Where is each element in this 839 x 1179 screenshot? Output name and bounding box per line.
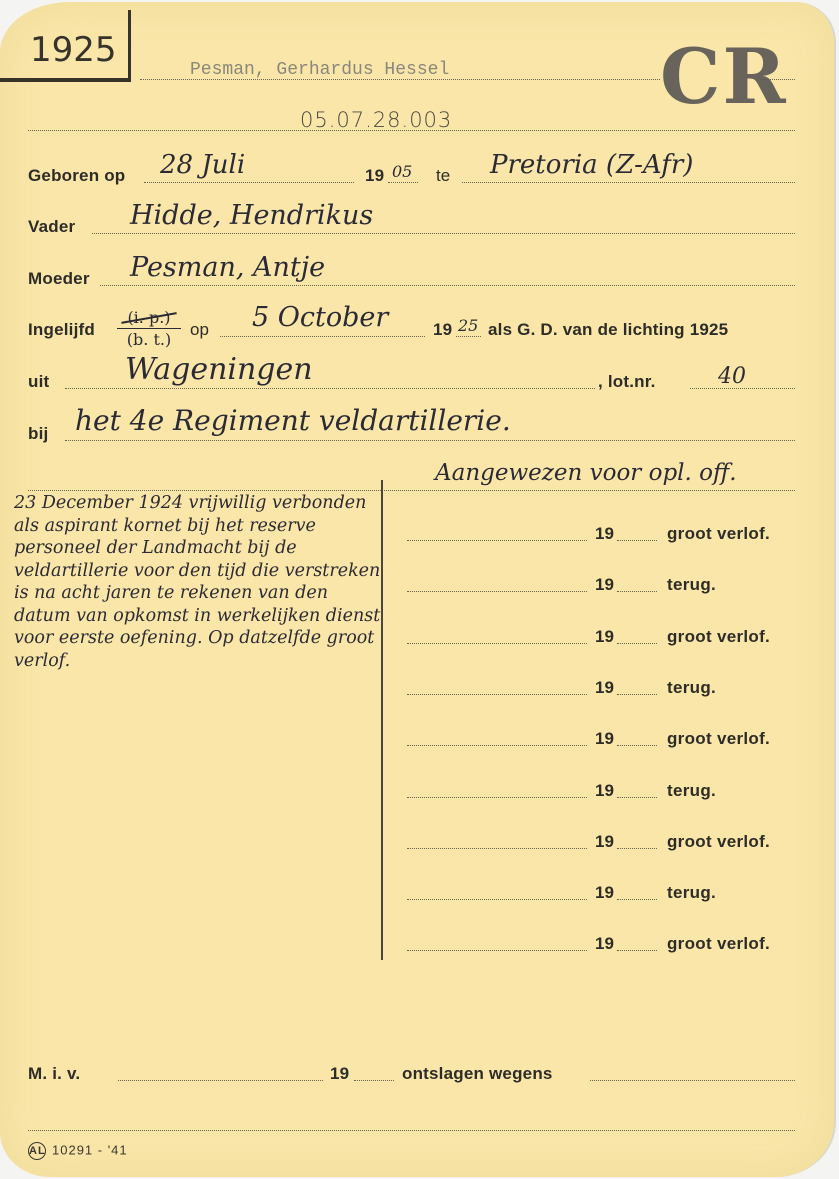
leave-year-line — [617, 848, 657, 849]
form-code: 10291 - '41 — [52, 1142, 128, 1157]
enlisted-year-line — [456, 336, 481, 337]
born-place: Pretoria (Z-Afr) — [490, 150, 693, 180]
leave-date-line — [407, 643, 587, 644]
leave-date-line — [407, 591, 587, 592]
leave-row: 19groot verlof. — [407, 934, 807, 958]
enlisted-date: 5 October — [252, 302, 388, 333]
leave-label: terug. — [667, 678, 716, 698]
from-place: Wageningen — [125, 352, 313, 387]
lot-label: , lot.nr. — [598, 372, 656, 392]
enlisted-label: Ingelijfd — [28, 320, 95, 340]
leave-date-line — [407, 950, 587, 951]
discharge-reason-line — [590, 1080, 795, 1081]
handwritten-notes: 23 December 1924 vrijwillig verbonden al… — [14, 492, 389, 672]
serial-number: 05.07.28.003 — [300, 108, 452, 132]
leave-year-line — [617, 745, 657, 746]
mother-line — [100, 285, 795, 286]
leave-row: 19terug. — [407, 678, 807, 702]
enlisted-fraction-top: (i. p.) — [117, 308, 181, 327]
lot-number: 40 — [718, 364, 746, 389]
discharge-label: M. i. v. — [28, 1064, 80, 1084]
discharge-year-prefix: 19 — [330, 1064, 349, 1084]
born-place-label: te — [436, 166, 450, 186]
leave-row: 19terug. — [407, 781, 807, 805]
annotation-line — [28, 490, 795, 491]
form-footer: AL10291 - '41 — [28, 1142, 128, 1160]
father-line — [92, 233, 795, 234]
enlisted-suffix: als G. D. van de lichting 1925 — [488, 320, 728, 340]
leave-date-line — [407, 540, 587, 541]
leave-year-line — [617, 591, 657, 592]
printer-logo-icon: AL — [28, 1142, 46, 1160]
born-date-line — [144, 182, 354, 183]
leave-date-line — [407, 848, 587, 849]
leave-row: 19terug. — [407, 575, 807, 599]
leave-label: terug. — [667, 883, 716, 903]
leave-date-line — [407, 797, 587, 798]
leave-date-line — [407, 899, 587, 900]
leave-year-prefix: 19 — [595, 627, 614, 647]
leave-label: terug. — [667, 781, 716, 801]
typed-name: Pesman, Gerhardus Hessel — [190, 60, 449, 80]
leave-row: 19groot verlof. — [407, 627, 807, 651]
leave-label: groot verlof. — [667, 627, 770, 647]
enlisted-date-line — [220, 336, 425, 337]
leave-year-line — [617, 797, 657, 798]
year-box: 1925 — [0, 10, 131, 82]
leave-date-line — [407, 745, 587, 746]
born-place-line — [462, 182, 795, 183]
leave-year-prefix: 19 — [595, 575, 614, 595]
father-name: Hidde, Hendrikus — [130, 200, 373, 231]
leave-year-line — [617, 899, 657, 900]
enlisted-year-prefix: 19 — [433, 320, 452, 340]
enlisted-fraction-bottom: (b. t.) — [117, 330, 181, 349]
officer-training-annotation: Aangewezen voor opl. off. — [435, 460, 737, 486]
leave-row: 19groot verlof. — [407, 524, 807, 548]
leave-row: 19terug. — [407, 883, 807, 907]
leave-date-line — [407, 694, 587, 695]
born-date: 28 Juli — [160, 150, 245, 180]
bottom-line — [28, 1130, 795, 1131]
leave-year-prefix: 19 — [595, 832, 614, 852]
mother-label: Moeder — [28, 269, 90, 289]
father-label: Vader — [28, 217, 75, 237]
leave-year-prefix: 19 — [595, 781, 614, 801]
name-line — [140, 79, 660, 80]
enlisted-on-label: op — [190, 320, 209, 340]
leave-year-line — [617, 694, 657, 695]
leave-year-line — [617, 643, 657, 644]
leave-label: groot verlof. — [667, 524, 770, 544]
leave-year-prefix: 19 — [595, 883, 614, 903]
leave-row: 19groot verlof. — [407, 832, 807, 856]
leave-row: 19groot verlof. — [407, 729, 807, 753]
serial-line — [28, 130, 795, 131]
from-line — [65, 388, 595, 389]
leave-label: terug. — [667, 575, 716, 595]
leave-year-prefix: 19 — [595, 678, 614, 698]
born-year: 05 — [392, 162, 412, 181]
mother-name: Pesman, Antje — [130, 252, 325, 283]
born-year-line — [388, 182, 418, 183]
registration-card: 1925 Pesman, Gerhardus Hessel CR 05.07.2… — [0, 2, 836, 1177]
unit-line — [65, 440, 795, 441]
discharge-year-line — [354, 1080, 394, 1081]
leave-year-line — [617, 950, 657, 951]
column-divider — [381, 480, 383, 960]
discharge-date-line — [118, 1080, 323, 1081]
enlisted-fraction: (i. p.) (b. t.) — [117, 308, 181, 349]
born-year-prefix: 19 — [365, 166, 384, 186]
year-box-value: 1925 — [30, 30, 117, 70]
enlisted-year: 25 — [458, 316, 478, 335]
unit-name: het 4e Regiment veldartillerie. — [75, 404, 511, 437]
fraction-bar — [117, 328, 181, 329]
leave-year-prefix: 19 — [595, 524, 614, 544]
discharge-reason-label: ontslagen wegens — [402, 1064, 553, 1084]
cr-stamp: CR — [660, 32, 788, 121]
leave-year-prefix: 19 — [595, 934, 614, 954]
leave-label: groot verlof. — [667, 934, 770, 954]
leave-year-prefix: 19 — [595, 729, 614, 749]
leave-label: groot verlof. — [667, 832, 770, 852]
leave-label: groot verlof. — [667, 729, 770, 749]
from-label: uit — [28, 372, 49, 392]
leave-year-line — [617, 540, 657, 541]
born-label: Geboren op — [28, 166, 125, 186]
unit-label: bij — [28, 424, 48, 444]
